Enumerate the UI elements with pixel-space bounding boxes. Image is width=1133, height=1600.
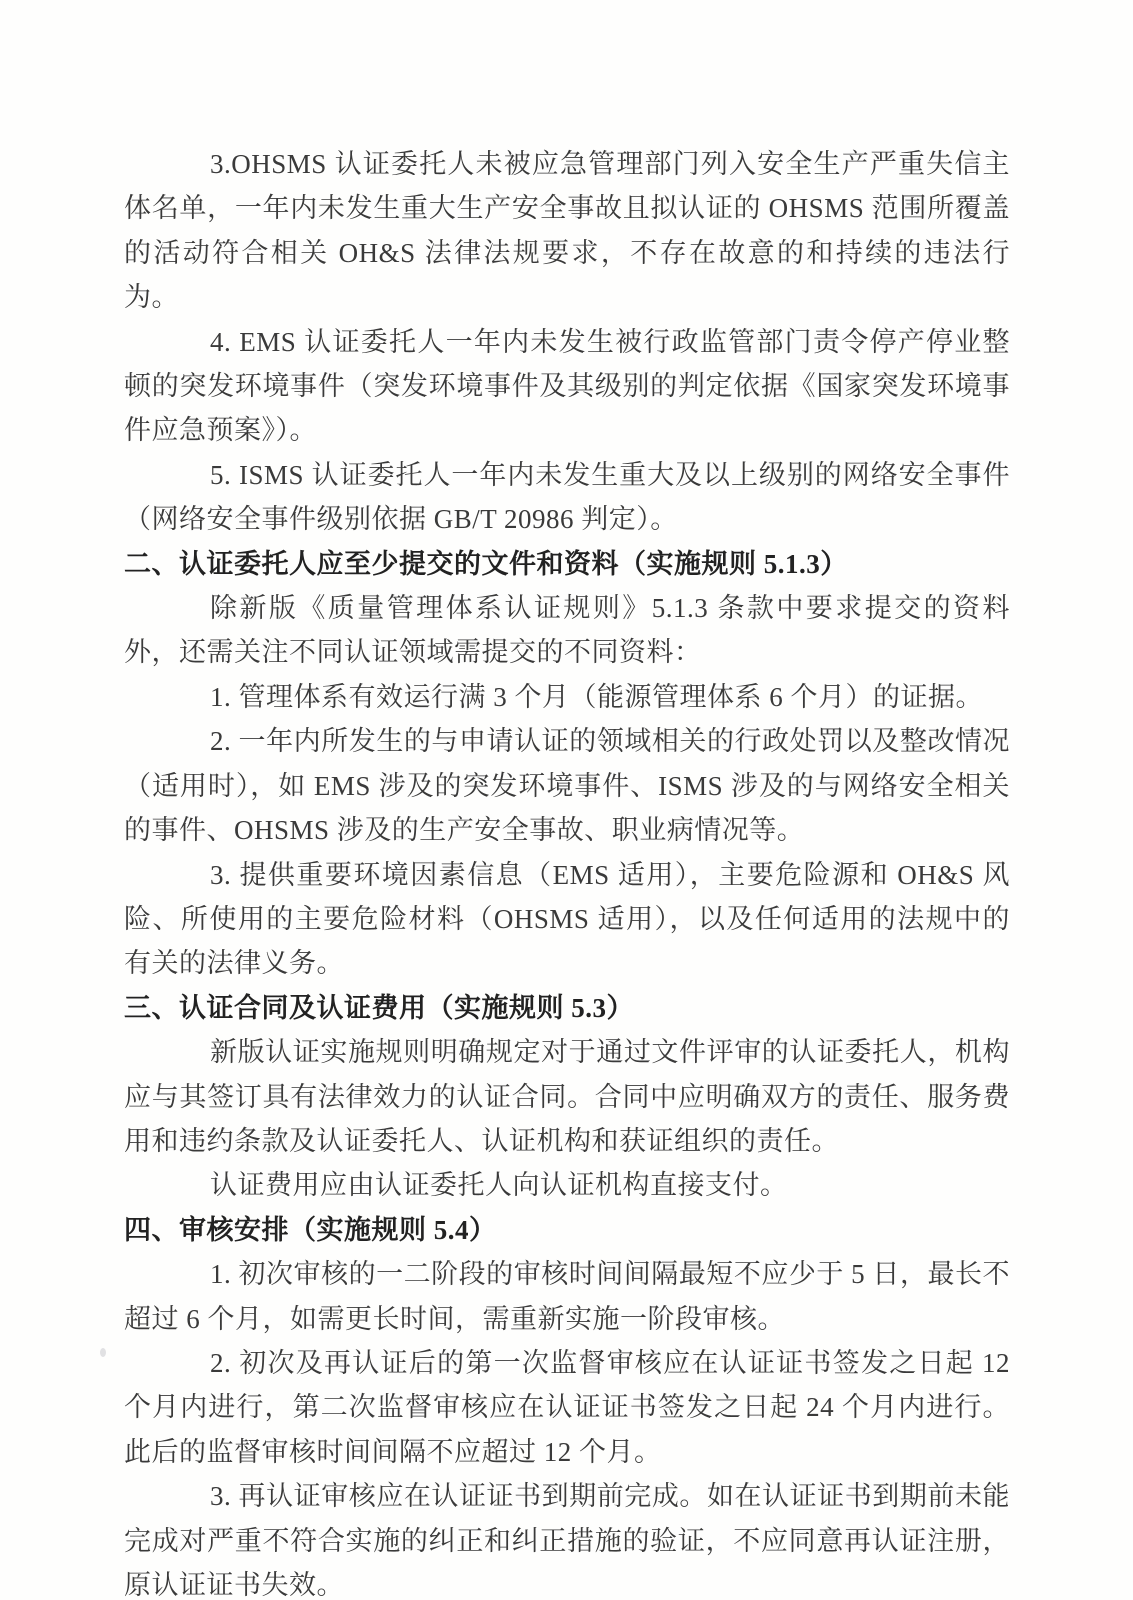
document-content: 3.OHSMS 认证委托人未被应急管理部门列入安全生产严重失信主体名单，一年内未…: [124, 142, 1010, 1600]
document-page: 3.OHSMS 认证委托人未被应急管理部门列入安全生产严重失信主体名单，一年内未…: [0, 0, 1133, 1600]
paragraph: 除新版《质量管理体系认证规则》5.1.3 条款中要求提交的资料外，还需关注不同认…: [124, 586, 1010, 675]
paragraph: 4. EMS 认证委托人一年内未发生被行政监管部门责令停产停业整顿的突发环境事件…: [124, 320, 1010, 453]
paragraph: 2. 一年内所发生的与申请认证的领域相关的行政处罚以及整改情况（适用时），如 E…: [124, 719, 1010, 852]
paragraph: 1. 管理体系有效运行满 3 个月（能源管理体系 6 个月）的证据。: [124, 675, 1010, 719]
paragraph: 2. 初次及再认证后的第一次监督审核应在认证证书签发之日起 12 个月内进行，第…: [124, 1341, 1010, 1474]
paragraph: 3. 再认证审核应在认证证书到期前完成。如在认证证书到期前未能完成对严重不符合实…: [124, 1474, 1010, 1600]
paragraph: 5. ISMS 认证委托人一年内未发生重大及以上级别的网络安全事件（网络安全事件…: [124, 453, 1010, 542]
section-heading: 二、认证委托人应至少提交的文件和资料（实施规则 5.1.3）: [124, 542, 1010, 586]
paragraph: 3.OHSMS 认证委托人未被应急管理部门列入安全生产严重失信主体名单，一年内未…: [124, 142, 1010, 320]
section-heading: 三、认证合同及认证费用（实施规则 5.3）: [124, 986, 1010, 1030]
paragraph: 新版认证实施规则明确规定对于通过文件评审的认证委托人，机构应与其签订具有法律效力…: [124, 1030, 1010, 1163]
scan-artifact-dot: [100, 1348, 106, 1357]
paragraph: 3. 提供重要环境因素信息（EMS 适用），主要危险源和 OH&S 风险、所使用…: [124, 853, 1010, 986]
paragraph: 认证费用应由认证委托人向认证机构直接支付。: [124, 1163, 1010, 1207]
paragraph: 1. 初次审核的一二阶段的审核时间间隔最短不应少于 5 日，最长不超过 6 个月…: [124, 1252, 1010, 1341]
section-heading: 四、审核安排（实施规则 5.4）: [124, 1208, 1010, 1252]
